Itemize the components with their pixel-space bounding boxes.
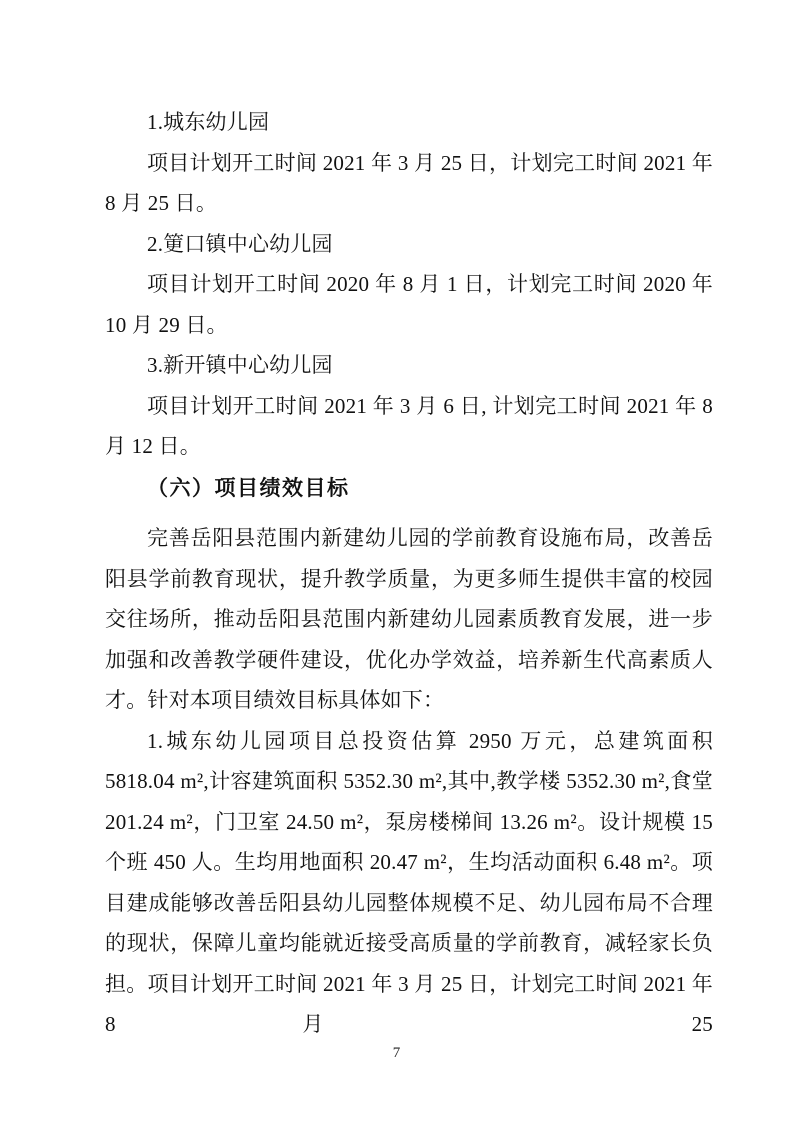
performance-goals-overview-paragraph: 完善岳阳县范围内新建幼儿园的学前教育设施布局，改善岳阳县学前教育现状，提升教学质… (105, 518, 713, 721)
schedule-paragraph-3: 项目计划开工时间 2021 年 3 月 6 日, 计划完工时间 2021 年 8… (105, 386, 713, 467)
schedule-paragraph-2: 项目计划开工时间 2020 年 8 月 1 日，计划完工时间 2020 年 10… (105, 264, 713, 345)
section-heading-performance-goals: （六）项目绩效目标 (105, 468, 713, 509)
list-item-kindergarten-2: 2.筻口镇中心幼儿园 (105, 224, 713, 265)
list-item-kindergarten-1: 1.城东幼儿园 (105, 102, 713, 143)
list-item-kindergarten-3: 3.新开镇中心幼儿园 (105, 345, 713, 386)
project-detail-paragraph: 1.城东幼儿园项目总投资估算 2950 万元，总建筑面积 5818.04 m²,… (105, 721, 713, 1045)
document-page: 1.城东幼儿园 项目计划开工时间 2021 年 3 月 25 日，计划完工时间 … (0, 0, 793, 1122)
document-body: 1.城东幼儿园 项目计划开工时间 2021 年 3 月 25 日，计划完工时间 … (105, 102, 713, 1045)
schedule-paragraph-1: 项目计划开工时间 2021 年 3 月 25 日，计划完工时间 2021 年 8… (105, 143, 713, 224)
page-number: 7 (0, 1044, 793, 1062)
